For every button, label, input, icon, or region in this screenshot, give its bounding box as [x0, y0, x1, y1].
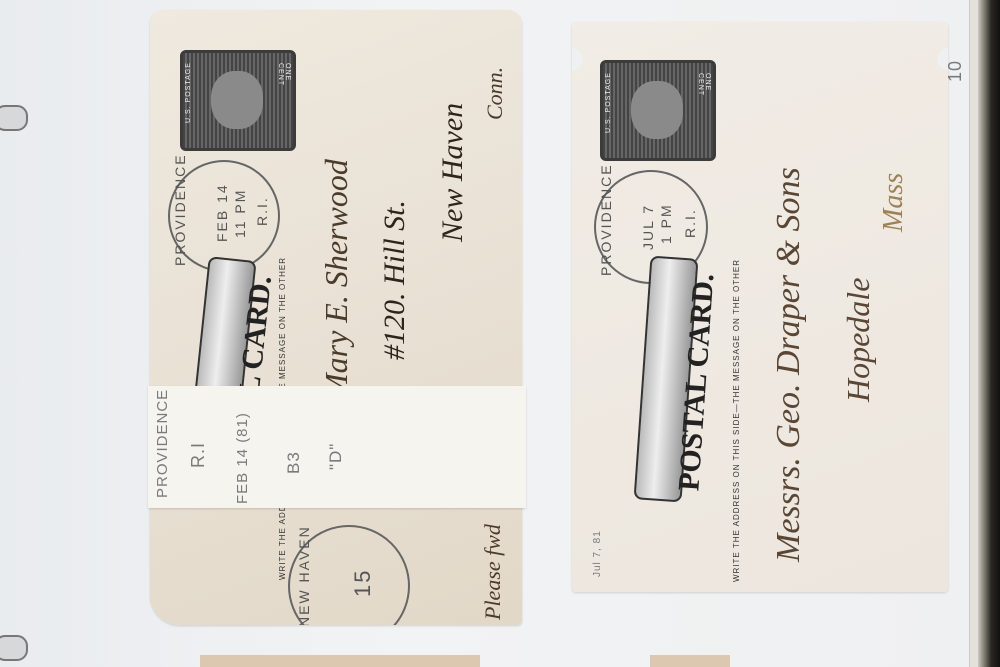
corner-note: Please fwd — [480, 524, 506, 620]
address-line-2: #120. Hill St. — [378, 200, 412, 360]
postal-card-right: U.S. POSTAGE ONE CENT PROVIDENCE JUL 7 1… — [572, 22, 948, 592]
address-line-3: Mass — [878, 173, 910, 232]
address-line-3: New Haven — [436, 103, 470, 242]
postal-card-banner: POSTAL CARD. — [634, 256, 699, 503]
address-line-1: Mary E. Sherwood — [318, 159, 355, 400]
page-number: 10 — [945, 60, 966, 82]
portrait-icon — [631, 81, 683, 139]
pencil-label-slip: PROVIDENCE R.I FEB 14 (81) B3 "D" — [148, 386, 526, 508]
stamp-one-cent: U.S. POSTAGE ONE CENT — [180, 50, 296, 151]
postal-card-left: U.S. POSTAGE ONE CENT PROVIDENCE FEB 14 … — [150, 10, 522, 625]
postmark-new-haven: NEW HAVEN 15 — [288, 525, 410, 625]
album-binding — [978, 0, 1000, 667]
postmark-providence: PROVIDENCE FEB 14 11 PM R.I. — [168, 160, 280, 272]
next-card-edge — [200, 655, 480, 667]
binder-ring — [0, 635, 28, 661]
address-line-2: Hopedale — [840, 278, 877, 402]
binder-ring — [0, 105, 28, 131]
page-edge — [969, 0, 978, 667]
next-card-edge — [650, 655, 730, 667]
stamp-one-cent: U.S. POSTAGE ONE CENT — [600, 60, 716, 161]
address-line-4: Conn. — [482, 67, 508, 120]
instruction-text: WRITE THE ADDRESS ON THIS SIDE—THE MESSA… — [732, 259, 741, 582]
portrait-icon — [211, 71, 263, 129]
album-page: 10 U.S. POSTAGE ONE CENT PROVIDENCE FEB … — [0, 0, 1000, 667]
address-line-1: Messrs. Geo. Draper & Sons — [770, 167, 808, 562]
pencil-note: Jul 7, 81 — [592, 530, 603, 577]
